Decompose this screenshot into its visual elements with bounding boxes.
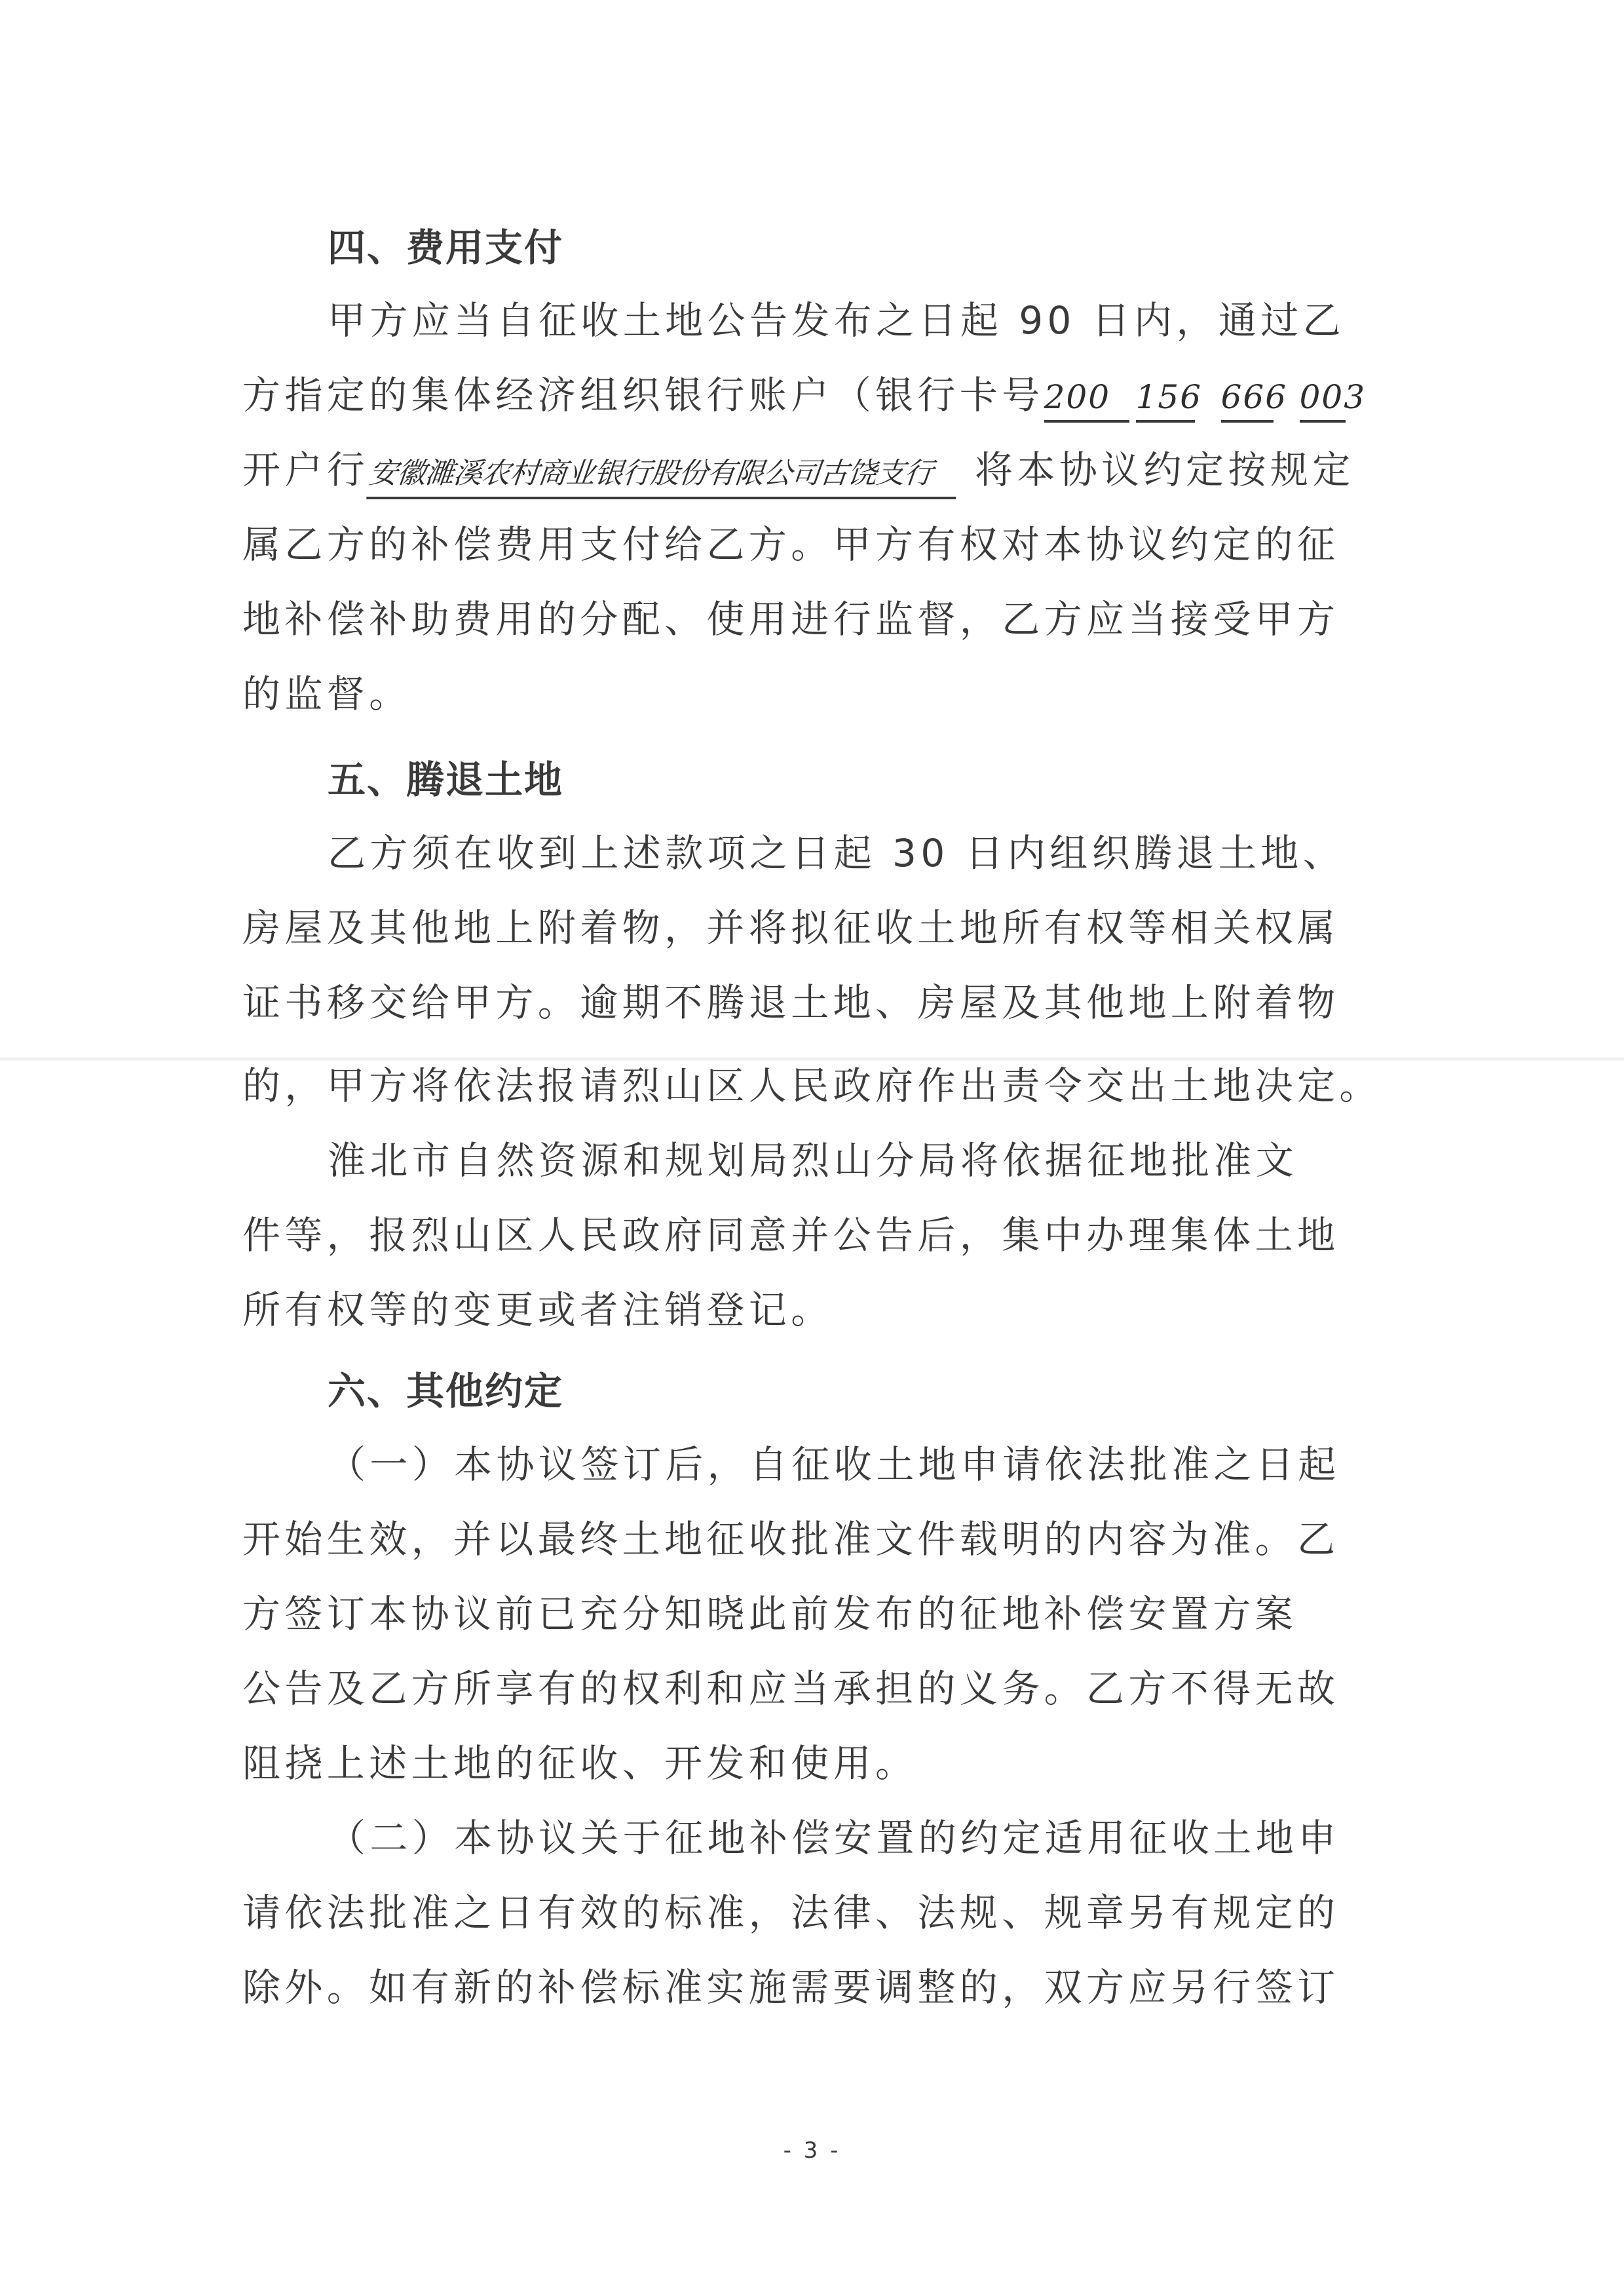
paragraph-line: 请依法批准之日有效的标准，法律、法规、规章另有规定的 (242, 1886, 1382, 1939)
paragraph-line: 的监督。 (242, 668, 1382, 720)
paragraph-line: （二）本协议关于征地补偿安置的约定适用征收土地申 (328, 1812, 1382, 1864)
handwritten-bank-card-part-3: 666 (1221, 374, 1274, 423)
section-heading-vacate-land: 五、腾退土地 (328, 754, 563, 806)
bank-card-label: 方指定的集体经济组织银行账户（银行卡号 (242, 373, 1044, 417)
paragraph-line: 公告及乙方所享有的权利和应当承担的义务。乙方不得无故 (242, 1662, 1382, 1715)
paragraph-line-bank-name: 开户行安徽濉溪农村商业银行股份有限公司古饶支行 将本协议约定按规定 (242, 444, 1382, 499)
handwritten-bank-card-part-2: 156 (1136, 374, 1195, 423)
paragraph-line: 件等，报烈山区人民政府同意并公告后，集中办理集体土地 (242, 1209, 1382, 1261)
paragraph-line: 甲方应当自征收土地公告发布之日起 90 日内，通过乙 (328, 294, 1382, 347)
page-number: - 3 - (0, 2137, 1624, 2164)
paragraph-line: 乙方须在收到上述款项之日起 30 日内组织腾退土地、 (328, 827, 1382, 879)
paragraph-line: 属乙方的补偿费用支付给乙方。甲方有权对本协议约定的征 (242, 518, 1382, 571)
paragraph-line: 方签订本协议前已充分知晓此前发布的征地补偿安置方案 (242, 1588, 1382, 1640)
handwritten-bank-name: 安徽濉溪农村商业银行股份有限公司古饶支行 (366, 451, 961, 499)
handwritten-bank-card-part-1: 200 (1044, 374, 1129, 423)
paragraph-line: 除外。如有新的补偿标准实施需要调整的，双方应另行签订 (242, 1961, 1382, 2014)
bank-name-label: 开户行 (242, 448, 369, 492)
paragraph-line: 开始生效，并以最终土地征收批准文件载明的内容为准。乙 (242, 1513, 1382, 1565)
paragraph-line: 的，甲方将依法报请烈山区人民政府作出责令交出土地决定。 (242, 1060, 1382, 1112)
paragraph-line: 房屋及其他地上附着物，并将拟征收土地所有权等相关权属 (242, 902, 1382, 954)
paragraph-line: 地补偿补助费用的分配、使用进行监督，乙方应当接受甲方 (242, 593, 1382, 645)
paragraph-line: 阻挠上述土地的征收、开发和使用。 (242, 1737, 1382, 1789)
section-heading-other-terms: 六、其他约定 (328, 1365, 563, 1417)
paragraph-line: （一）本协议签订后，自征收土地申请依法批准之日起 (328, 1438, 1382, 1491)
paragraph-line: 淮北市自然资源和规划局烈山分局将依据征地批准文 (328, 1134, 1382, 1187)
paragraph-line: 证书移交给甲方。逾期不腾退土地、房屋及其他地上附着物 (242, 976, 1382, 1029)
paragraph-line-bank-card: 方指定的集体经济组织银行账户（银行卡号200156666003 (242, 369, 1382, 423)
paragraph-line: 所有权等的变更或者注销登记。 (242, 1284, 1382, 1336)
handwritten-bank-card-part-4: 003 (1300, 374, 1346, 423)
document-page: 四、费用支付 甲方应当自征收土地公告发布之日起 90 日内，通过乙 方指定的集体… (0, 0, 1624, 2296)
bank-name-trailing-text: 将本协议约定按规定 (975, 448, 1355, 492)
section-heading-fee-payment: 四、费用支付 (328, 221, 563, 274)
